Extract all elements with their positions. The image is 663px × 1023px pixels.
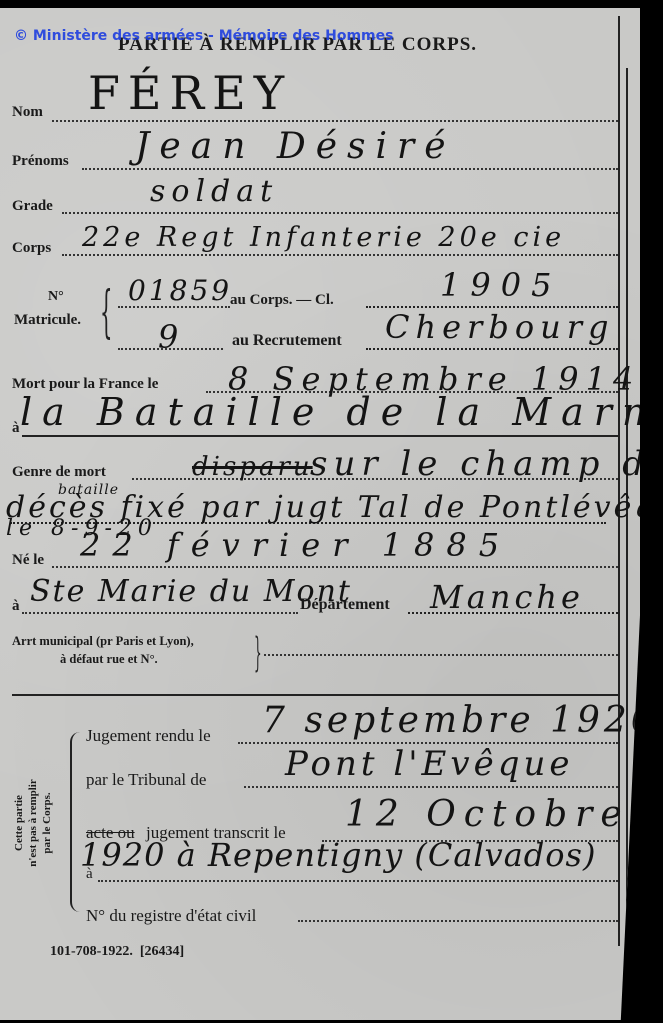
- side-note-line2: n'est pas à remplir: [26, 733, 40, 913]
- corps-label: Corps: [12, 240, 51, 257]
- transcrit-value: 12 Octobre: [345, 794, 630, 835]
- form-code: 101-708-1922. [26434]: [50, 944, 184, 960]
- arrondissement-label-1: Arrt municipal (pr Paris et Lyon),: [12, 634, 194, 649]
- recrutement-line: [366, 348, 618, 350]
- lieu-naissance-label: à: [12, 598, 20, 615]
- jugement-rendu-value: 7 septembre 1920: [262, 700, 658, 741]
- matricule-corps-value: 01859: [128, 274, 232, 307]
- naissance-line: [52, 566, 618, 568]
- transcrit-lieu-value: 1920 à Repentigny (Calvados): [80, 836, 596, 874]
- nom-label: Nom: [12, 104, 43, 121]
- matricule-brace: {: [100, 280, 112, 345]
- departement-label: Département: [300, 596, 390, 614]
- matricule-label: Matricule.: [14, 312, 81, 329]
- tribunal-line: [244, 786, 618, 788]
- matricule-no-label: N°: [48, 289, 64, 305]
- registre-label: N° du registre d'état civil: [86, 906, 256, 926]
- side-note-line1: Cette partie: [12, 733, 26, 913]
- au-corps-label: au Corps. — Cl.: [230, 292, 334, 309]
- naissance-value: 22 février 1885: [80, 526, 511, 564]
- jugement-rendu-label: Jugement rendu le: [86, 726, 211, 746]
- recrutement-no-value: 9: [158, 318, 181, 356]
- arrondissement-label-2: à défaut rue et N°.: [60, 652, 158, 667]
- genre-mort-struck: disparu: [192, 452, 313, 482]
- registre-line: [298, 920, 618, 922]
- copyright-watermark: © Ministère des armées - Mémoire des Hom…: [14, 28, 393, 44]
- genre-mort-label: Genre de mort: [12, 464, 106, 481]
- lieu-mort-line: [22, 435, 618, 437]
- naissance-label: Né le: [12, 552, 44, 569]
- nom-line: [52, 120, 618, 122]
- death-record-card: PARTIE À REMPLIR PAR LE CORPS. Nom FÉREY…: [0, 8, 640, 1020]
- prenoms-label: Prénoms: [12, 153, 69, 170]
- arrondissement-line: [264, 654, 618, 656]
- corps-value: 22e Regt Infanterie 20e cie: [82, 222, 565, 253]
- tribunal-value: Pont l'Evêque: [285, 744, 574, 784]
- tribunal-label: par le Tribunal de: [86, 770, 206, 790]
- side-brace: [70, 732, 80, 912]
- recrutement-label: au Recrutement: [232, 332, 342, 350]
- lieu-mort-label: à: [12, 420, 20, 437]
- nom-value: FÉREY: [88, 66, 292, 120]
- transcrit-lieu-line: [98, 880, 618, 882]
- side-note: Cette partie n'est pas à remplir par le …: [12, 733, 54, 913]
- grade-value: soldat: [150, 174, 278, 209]
- section-separator: [12, 694, 618, 696]
- classe-value: 1905: [440, 266, 561, 304]
- lieu-naissance-line: [22, 612, 298, 614]
- side-note-line3: par le Corps.: [40, 733, 54, 913]
- grade-label: Grade: [12, 198, 53, 215]
- genre-mort-value: sur le champ de: [310, 444, 663, 484]
- recrutement-value: Cherbourg: [385, 308, 614, 346]
- grade-line: [62, 212, 618, 214]
- arrondissement-brace: }: [254, 630, 262, 676]
- lieu-mort-value: la Bataille de la Marne: [20, 390, 663, 434]
- corps-line: [62, 254, 618, 256]
- prenoms-line: [82, 168, 618, 170]
- prenoms-value: Jean Désiré: [135, 126, 456, 167]
- departement-value: Manche: [430, 578, 584, 616]
